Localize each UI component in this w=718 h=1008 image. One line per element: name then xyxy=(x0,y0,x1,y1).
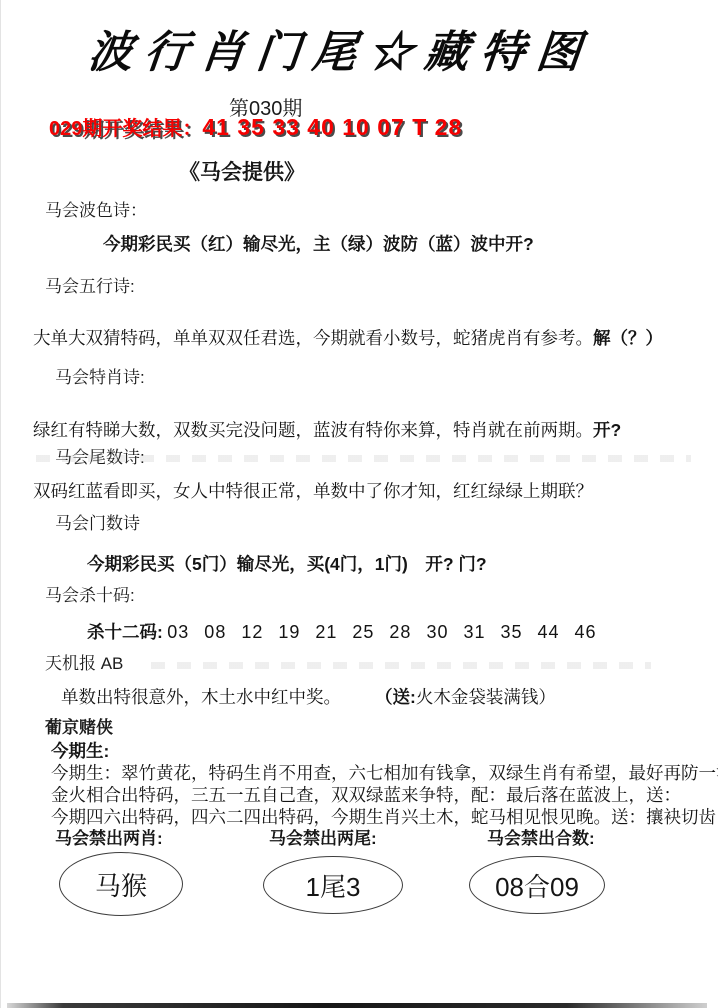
forbidden-sum-label: 马会禁出合数: xyxy=(487,824,595,849)
forbidden-tails-oval: 1尾3 xyxy=(263,856,403,914)
special-zodiac-heading: 马会特肖诗: xyxy=(55,363,145,388)
scan-artifact xyxy=(151,662,651,669)
previous-result-label: 029期开奖结果： xyxy=(49,118,202,140)
tianji-gift-label: （送: xyxy=(375,687,416,707)
page-title: 波行肖门尾☆藏特图 xyxy=(86,16,597,80)
bottom-scan-bar xyxy=(7,1003,707,1008)
scan-artifact xyxy=(36,455,691,462)
forbidden-zodiac-label: 马会禁出两肖: xyxy=(55,824,163,849)
provider-line: 《马会提供》 xyxy=(179,156,305,186)
tip-sheet-page: 波行肖门尾☆藏特图 第030期 029期开奖结果：41 35 33 40 10 … xyxy=(0,0,718,1008)
forbidden-tails-value: 1尾3 xyxy=(306,867,361,904)
forbidden-zodiac-oval: 马猴 xyxy=(59,852,183,916)
kill-ten-heading: 马会杀十码: xyxy=(45,581,135,606)
gate-number-line: 今期彩民买（5门）输尽光，买(4门，1门) 开? 门? xyxy=(87,551,487,576)
previous-result-numbers: 41 35 33 40 10 07 T 28 xyxy=(202,114,462,140)
kill-twelve-line: 杀十二码: 03 08 12 19 21 25 28 30 31 35 44 4… xyxy=(87,619,597,644)
special-zodiac-line: 绿红有特睇大数，双数买完没问题，蓝波有特你来算，特肖就在前两期。开? xyxy=(33,417,621,442)
forbidden-tails-label: 马会禁出两尾: xyxy=(269,824,377,849)
tianji-gift-text: 火木金袋装满钱） xyxy=(416,687,556,707)
forbidden-sum-value: 08合09 xyxy=(495,867,579,904)
five-elements-line: 大单大双猜特码，单单双双任君选，今期就看小数号，蛇猪虎肖有参考。解（？） xyxy=(33,325,663,350)
wave-poem-heading: 马会波色诗： xyxy=(45,196,147,221)
tail-number-line: 双码红蓝看即买，女人中特很正常，单数中了你才知，红红绿绿上期联？ xyxy=(33,478,593,503)
wave-poem-line: 今期彩民买（红）输尽光，主（绿）波防（蓝）波中开? xyxy=(103,231,534,256)
special-zodiac-tail: 开? xyxy=(593,420,621,440)
five-elements-text: 大单大双猜特码，单单双双任君选，今期就看小数号，蛇猪虎肖有参考。 xyxy=(33,328,593,348)
five-elements-heading: 马会五行诗: xyxy=(45,272,135,297)
kill-twelve-label: 杀十二码: xyxy=(87,622,163,642)
forbidden-zodiac-value: 马猴 xyxy=(95,866,147,903)
tianji-heading: 天机报 AB xyxy=(45,649,123,674)
previous-result-line: 029期开奖结果：41 35 33 40 10 07 T 28 xyxy=(49,112,462,141)
tianji-line: 单数出特很意外，木土水中红中奖。（送:火木金袋装满钱） xyxy=(61,684,556,709)
gate-number-heading: 马会门数诗 xyxy=(55,509,140,534)
forbidden-sum-oval: 08合09 xyxy=(469,856,605,914)
pujing-heading: 葡京赌侠 xyxy=(45,713,113,738)
kill-twelve-numbers: 03 08 12 19 21 25 28 30 31 35 44 46 xyxy=(167,622,596,642)
five-elements-tail: 解（？） xyxy=(593,328,663,348)
special-zodiac-text: 绿红有特睇大数，双数买完没问题，蓝波有特你来算，特肖就在前两期。 xyxy=(33,420,593,440)
tianji-text: 单数出特很意外，木土水中红中奖。 xyxy=(61,687,341,707)
